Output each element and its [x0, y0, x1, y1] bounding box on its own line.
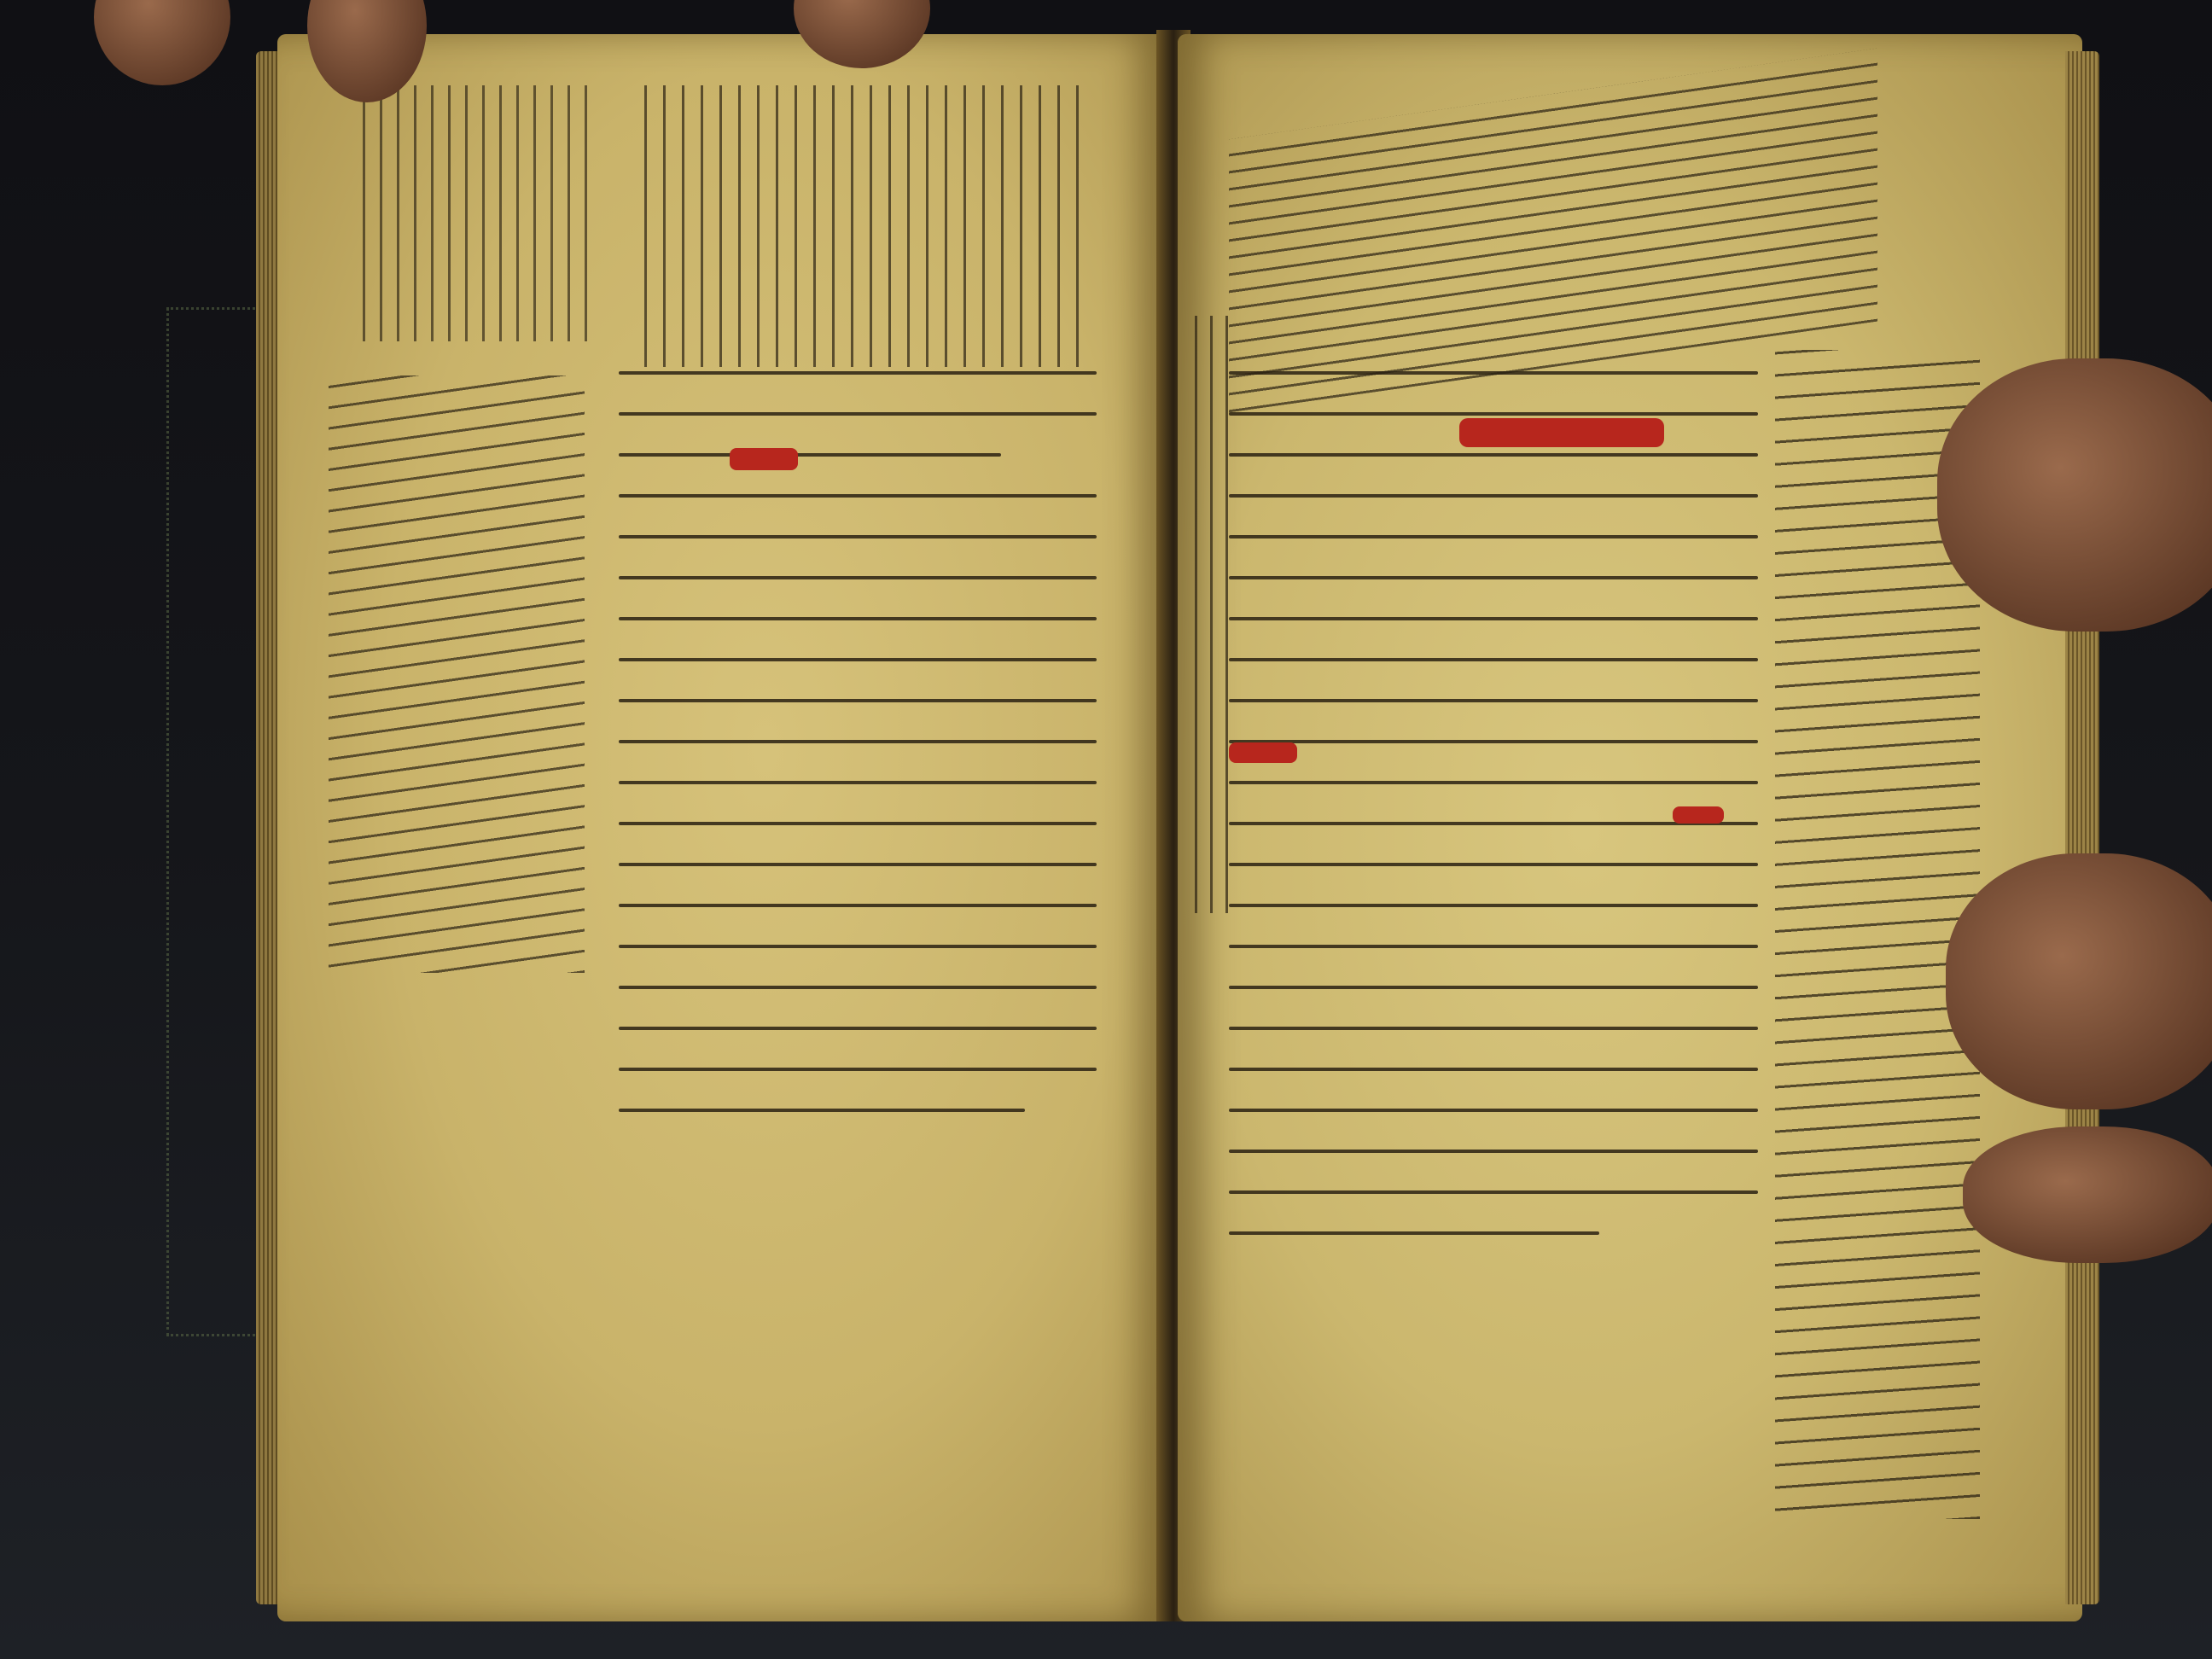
right-rubric-word-2 [1673, 806, 1724, 824]
right-heading-rubric [1459, 418, 1664, 447]
left-vertical-gloss [1195, 316, 1229, 913]
left-rubric-word [730, 448, 798, 470]
left-margin-gloss [329, 375, 585, 973]
hand-right-thumb [1937, 358, 2212, 632]
top-vertical-gloss [644, 85, 1088, 367]
left-main-text [619, 371, 1097, 1150]
hand-right-fingers [1946, 853, 2212, 1109]
right-rubric-word [1229, 742, 1297, 763]
left-page [277, 34, 1165, 1621]
open-manuscript [256, 17, 2099, 1621]
hand-right-lower-finger [1963, 1126, 2212, 1263]
top-left-vertical-gloss [363, 85, 593, 341]
right-page [1178, 34, 2082, 1621]
right-page-edges [2065, 51, 2099, 1604]
